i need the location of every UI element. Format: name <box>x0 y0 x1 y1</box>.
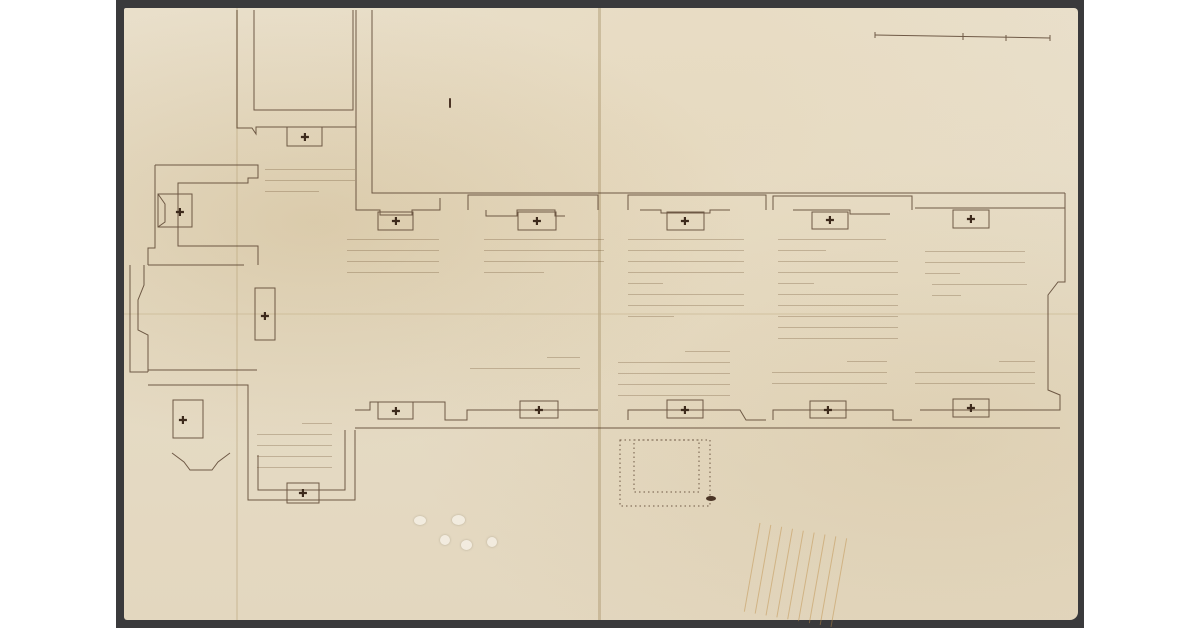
wax-stain <box>461 540 472 550</box>
altar-cross-icon: ✚ <box>260 310 269 323</box>
annotation-top-chapel <box>265 160 355 193</box>
altar-cross-icon: ✚ <box>823 404 832 417</box>
wax-stain <box>414 516 426 525</box>
annotation-north-2 <box>484 230 604 274</box>
annotation-north-1 <box>347 230 439 274</box>
wax-stain <box>452 515 465 525</box>
scale-bar <box>875 32 1050 41</box>
altar-cross-icon: ✚ <box>534 404 543 417</box>
ink-mark <box>449 98 451 108</box>
annotation-south-3 <box>618 350 730 405</box>
wax-stain <box>487 537 497 547</box>
altar-cross-icon: ✚ <box>825 214 834 227</box>
annotation-north-5 <box>925 242 1025 275</box>
annotation-north-4 <box>778 230 898 340</box>
altar-cross-icon: ✚ <box>300 131 309 144</box>
altar-cross-icon: ✚ <box>178 414 187 427</box>
annotation-north-5b <box>932 275 1027 297</box>
annotation-south-4 <box>772 360 887 393</box>
annotation-south-2 <box>470 356 580 378</box>
altar-cross-icon: ✚ <box>391 405 400 418</box>
altar-cross-icon: ✚ <box>680 215 689 228</box>
altar-cross-icon: ✚ <box>532 215 541 228</box>
annotation-bottom-chapel <box>257 422 332 477</box>
ink-blot <box>706 496 716 501</box>
annotation-south-5 <box>915 360 1035 393</box>
wax-stain <box>440 535 450 545</box>
annotation-faded-vertical <box>735 521 848 627</box>
altar-cross-icon: ✚ <box>298 487 307 500</box>
floor-plan-drawing: ✚ ✚ ✚ ✚ ✚ ✚ ✚ ✚ ✚ ✚ ✚ ✚ ✚ ✚ ✚ <box>0 0 1200 628</box>
altar-cross-icon: ✚ <box>175 206 184 219</box>
annotation-north-3 <box>628 230 744 318</box>
altar-cross-icon: ✚ <box>966 402 975 415</box>
altar-cross-icon: ✚ <box>680 404 689 417</box>
altar-cross-icon: ✚ <box>391 215 400 228</box>
altar-cross-icon: ✚ <box>966 213 975 226</box>
